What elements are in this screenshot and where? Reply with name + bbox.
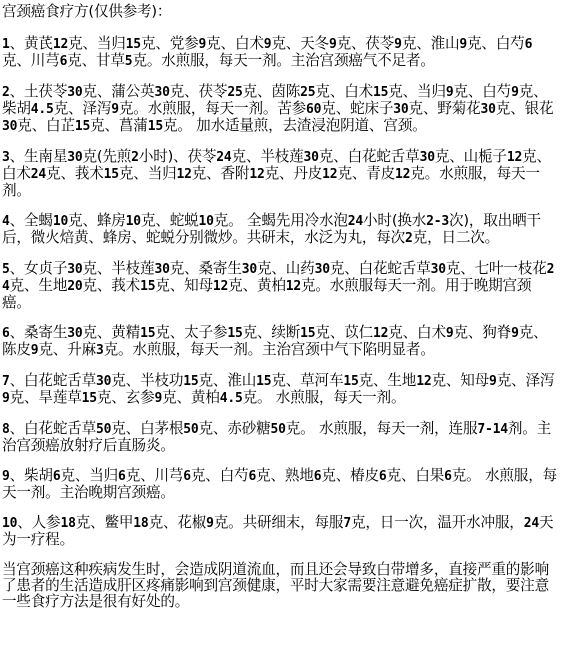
numeric-value: 5 — [2, 262, 10, 277]
numeric-value: 30 — [67, 150, 82, 165]
numeric-value: 15 — [343, 374, 358, 389]
numeric-value: 9 — [329, 37, 337, 52]
numeric-value: 12 — [322, 167, 337, 182]
numeric-value: 7-14 — [477, 422, 508, 437]
numeric-value: 30 — [154, 262, 169, 277]
numeric-value: 10 — [53, 214, 68, 229]
numeric-value: 12 — [286, 279, 301, 294]
numeric-value: 6 — [53, 469, 61, 484]
numeric-value: 9 — [511, 326, 519, 341]
numeric-value: 15 — [140, 326, 155, 341]
numeric-value: 15 — [126, 37, 141, 52]
numeric-value: 9 — [2, 391, 10, 406]
numeric-value: 30 — [304, 150, 319, 165]
numeric-value: 10 — [2, 516, 17, 531]
numeric-value: 2 — [2, 85, 10, 100]
numeric-value: 30 — [67, 85, 82, 100]
numeric-value: 9 — [31, 343, 39, 358]
numeric-value: 30 — [67, 262, 82, 277]
numeric-value: 9 — [489, 374, 497, 389]
numeric-value: 30 — [2, 119, 17, 134]
numeric-value: 3 — [96, 343, 104, 358]
numeric-value: 9 — [206, 516, 214, 531]
numeric-value: 12 — [373, 326, 388, 341]
numeric-value: 15 — [82, 391, 97, 406]
numeric-value: 2 — [405, 231, 413, 246]
numeric-value: 25 — [300, 85, 315, 100]
conclusion-paragraph: 当宫颈癌这种疾病发生时，会造成阴道流血，而且还会导致白带增多，直接严重的影响了患… — [2, 562, 560, 610]
numeric-value: 6 — [379, 469, 387, 484]
numeric-value: 2 — [131, 150, 139, 165]
numeric-value: 6 — [60, 54, 68, 69]
numeric-value: 9 — [111, 102, 119, 117]
numeric-value: 9 — [511, 85, 519, 100]
numeric-value: 6 — [444, 469, 452, 484]
numeric-value: 25 — [227, 85, 242, 100]
recipe-4: 4、全蝎10克、蜂房10克、蛇蜕10克。 全蝎先用冷水泡24小时(换水2-3次)… — [2, 213, 560, 247]
numeric-value: 9 — [199, 37, 207, 52]
numeric-value: 3 — [2, 150, 10, 165]
numeric-value: 15 — [140, 279, 155, 294]
numeric-value: 60 — [306, 102, 321, 117]
numeric-value: 12 — [395, 167, 410, 182]
numeric-value: 9 — [2, 469, 10, 484]
numeric-value: 2-3 — [426, 214, 449, 229]
numeric-value: 30 — [96, 374, 111, 389]
recipe-9: 9、柴胡6克、当归6克、川芎6克、白芍6克、熟地6克、椿皮6克、白果6克。 水煎… — [2, 468, 560, 501]
numeric-value: 9 — [446, 326, 454, 341]
recipe-2: 2、土茯苓30克、蒲公英30克、茯苓25克、茵陈25克、白术15克、当归9克、白… — [2, 84, 560, 135]
numeric-value: 24 — [524, 516, 539, 531]
numeric-value: 24 — [2, 262, 554, 294]
numeric-value: 6 — [118, 469, 126, 484]
numeric-value: 4.5 — [220, 391, 243, 406]
recipe-8: 8、白花蛇舌草50克、白茅根50克、赤砂糖50克。 水煎服，每天一剂，连服7-1… — [2, 421, 560, 454]
numeric-value: 6 — [248, 469, 256, 484]
numeric-value: 30 — [242, 262, 257, 277]
numeric-value: 4.5 — [31, 102, 54, 117]
numeric-value: 15 — [104, 167, 119, 182]
numeric-value: 6 — [314, 469, 322, 484]
numeric-value: 5 — [125, 54, 133, 69]
recipe-6: 6、桑寄生30克、黄精15克、太子参15克、续断15克、苡仁12克、白术9克、狗… — [2, 325, 560, 359]
numeric-value: 9 — [459, 37, 467, 52]
numeric-value: 9 — [446, 85, 454, 100]
numeric-value: 6 — [2, 326, 10, 341]
numeric-value: 15 — [183, 374, 198, 389]
numeric-value: 12 — [213, 279, 228, 294]
numeric-value: 30 — [67, 326, 82, 341]
numeric-value: 12 — [176, 167, 191, 182]
numeric-value: 6 — [525, 37, 533, 52]
numeric-value: 7 — [343, 516, 351, 531]
numeric-value: 15 — [148, 119, 163, 134]
numeric-value: 30 — [431, 262, 446, 277]
numeric-value: 24 — [31, 167, 46, 182]
numeric-value: 30 — [420, 150, 435, 165]
recipe-1: 1、黄芪12克、当归15克、党参9克、白术9克、天冬9克、茯苓9克、淮山9克、白… — [2, 36, 560, 70]
numeric-value: 1 — [2, 37, 10, 52]
numeric-value: 15 — [373, 85, 388, 100]
numeric-value: 6 — [183, 469, 191, 484]
numeric-value: 9 — [154, 391, 162, 406]
numeric-value: 12 — [416, 374, 431, 389]
numeric-value: 15 — [227, 326, 242, 341]
numeric-value: 8 — [2, 422, 10, 437]
numeric-value: 50 — [96, 422, 111, 437]
recipe-10: 10、人参18克、鳖甲18克、花椒9克。共研细末，每服7克，日一次，温开水冲服，… — [2, 515, 560, 548]
numeric-value: 30 — [154, 85, 169, 100]
numeric-value: 30 — [315, 262, 330, 277]
numeric-value: 30 — [481, 102, 496, 117]
numeric-value: 4 — [2, 214, 10, 229]
document: 宫颈癌食疗方(仅供参考)： 1、黄芪12克、当归15克、党参9克、白术9克、天冬… — [0, 0, 562, 610]
numeric-value: 15 — [75, 119, 90, 134]
numeric-value: 50 — [271, 422, 286, 437]
numeric-value: 12 — [53, 37, 68, 52]
numeric-value: 15 — [256, 374, 271, 389]
recipe-7: 7、白花蛇舌草30克、半枝功15克、淮山15克、草河车15克、生地12克、知母9… — [2, 373, 560, 407]
numeric-value: 7 — [2, 374, 10, 389]
numeric-value: 12 — [507, 150, 522, 165]
numeric-value: 15 — [300, 326, 315, 341]
numeric-value: 18 — [133, 516, 148, 531]
numeric-value: 9 — [264, 37, 272, 52]
numeric-value: 20 — [67, 279, 82, 294]
numeric-value: 30 — [393, 102, 408, 117]
numeric-value: 50 — [183, 422, 198, 437]
numeric-value: 12 — [249, 167, 264, 182]
recipe-3: 3、生南星30克(先煎2小时)、茯苓24克、半枝莲30克、白花蛇舌草30克、山栀… — [2, 149, 560, 199]
numeric-value: 10 — [126, 214, 141, 229]
numeric-value: 18 — [60, 516, 75, 531]
numeric-value: 10 — [199, 214, 214, 229]
numeric-value: 24 — [348, 214, 363, 229]
recipe-5: 5、女贞子30克、半枝莲30克、桑寄生30克、山药30克、白花蛇舌草30克、七叶… — [2, 261, 560, 311]
document-title: 宫颈癌食疗方(仅供参考)： — [2, 4, 560, 20]
numeric-value: 9 — [394, 37, 402, 52]
numeric-value: 24 — [216, 150, 231, 165]
